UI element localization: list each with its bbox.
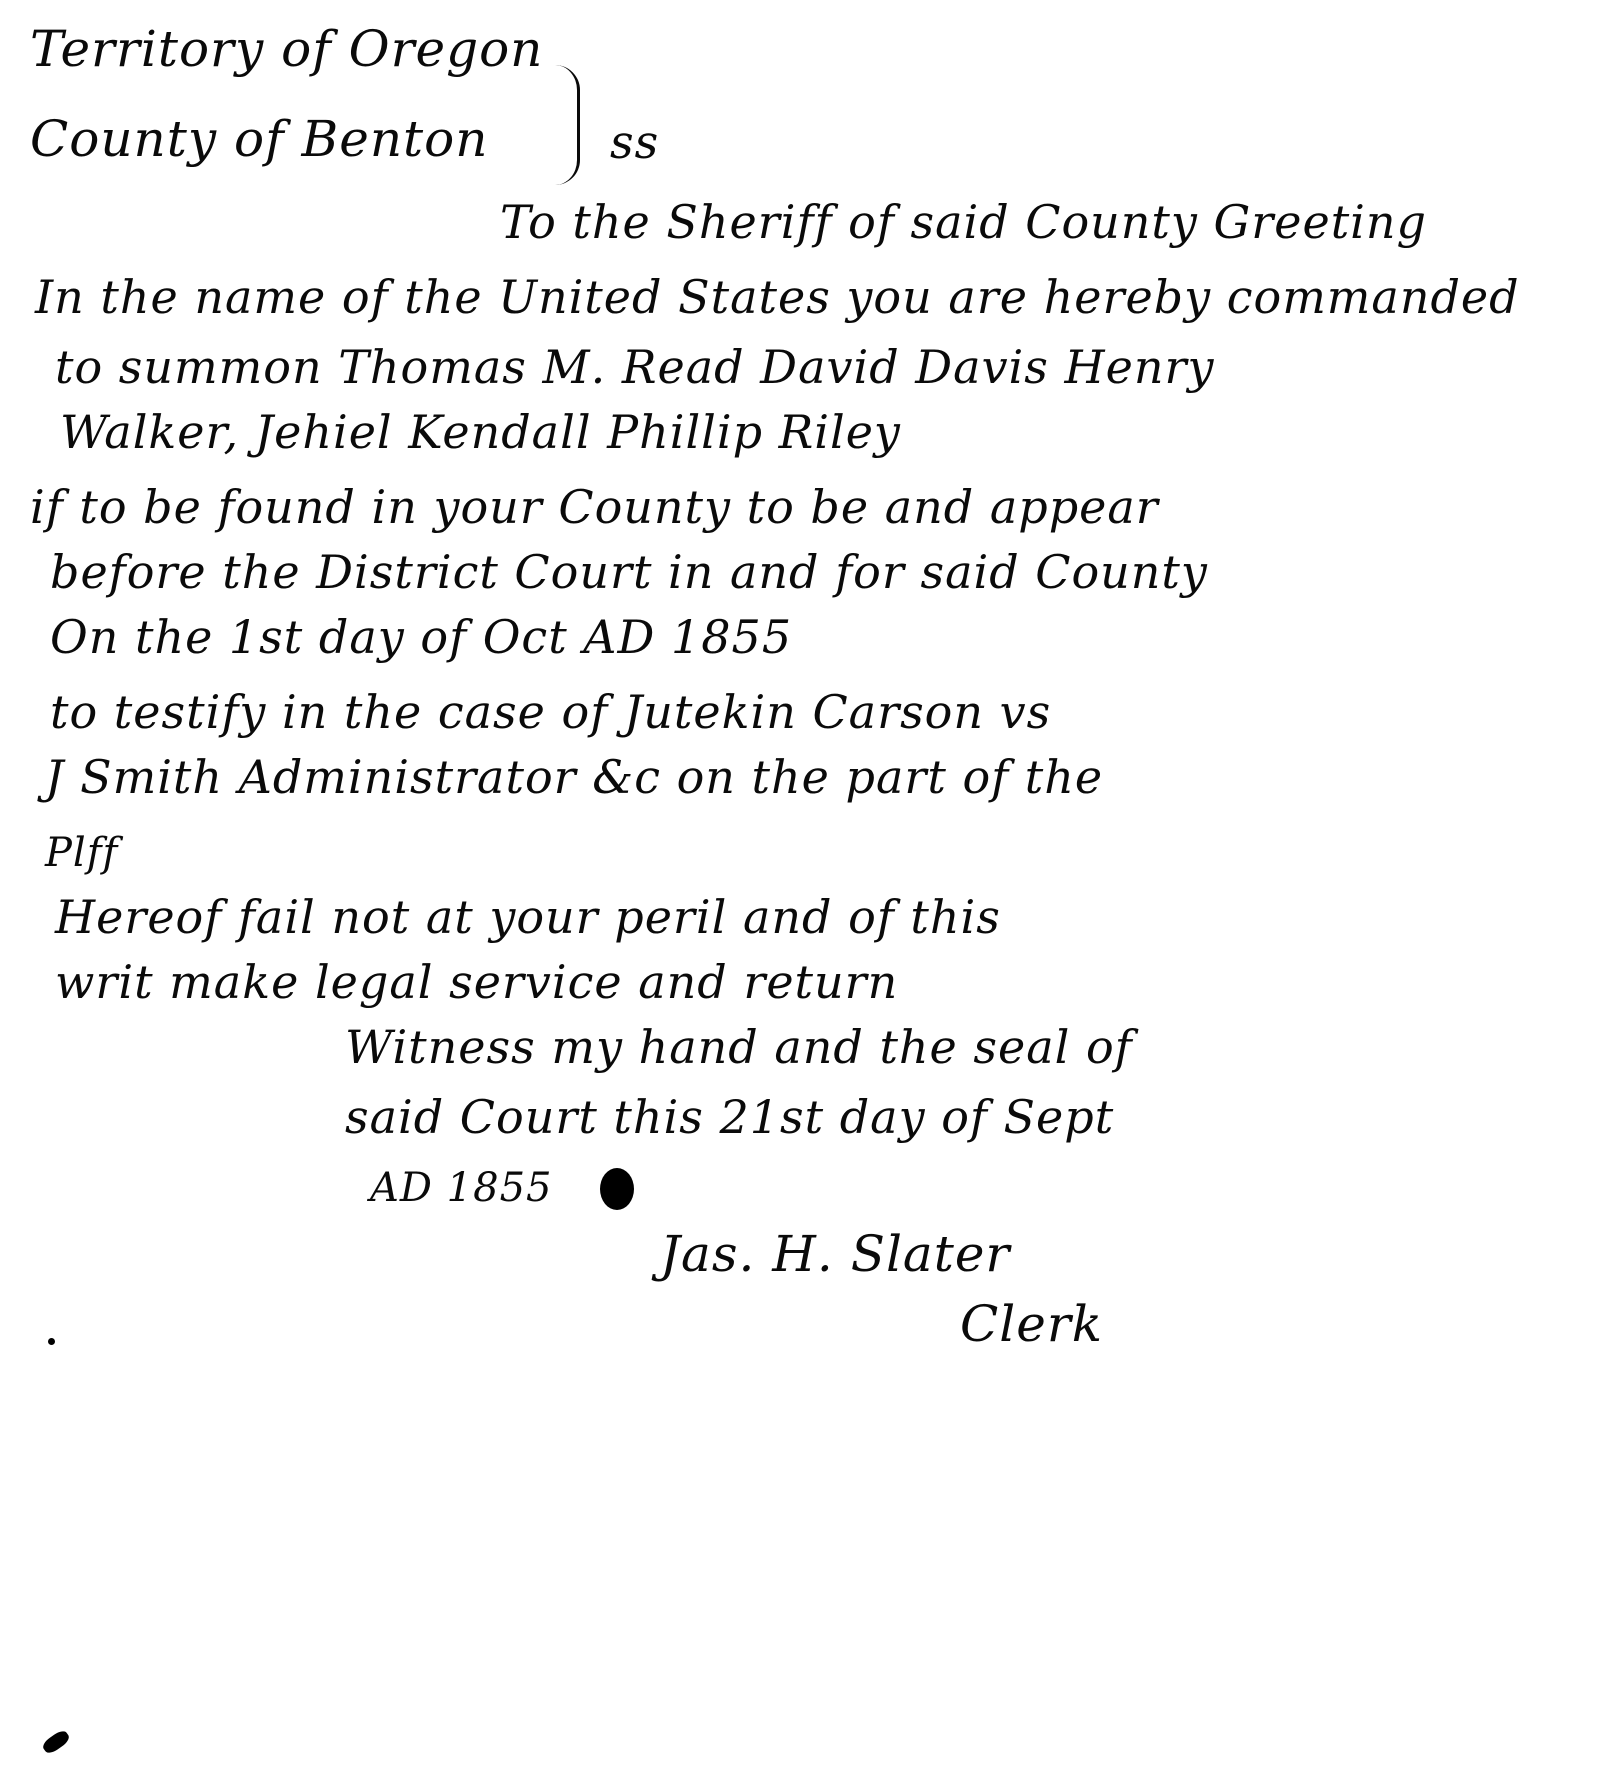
signature-name: Jas. H. Slater (660, 1225, 1010, 1283)
attestation-line-2: said Court this 21st day of Sept (345, 1090, 1114, 1144)
ink-speck (48, 1338, 55, 1345)
body-line-3: Walker, Jehiel Kendall Phillip Riley (60, 405, 901, 459)
body-line-9-plff: Plff (45, 830, 118, 876)
body-line-4: if to be found in your County to be and … (30, 480, 1159, 534)
header-ss: ss (610, 115, 659, 169)
attestation-line-3: AD 1855 (370, 1165, 552, 1211)
body-line-10: Hereof fail not at your peril and of thi… (55, 890, 1001, 944)
body-line-6: On the 1st day of Oct AD 1855 (50, 610, 792, 664)
salutation: To the Sheriff of said County Greeting (500, 195, 1427, 249)
body-line-11: writ make legal service and return (55, 955, 898, 1009)
signature-title: Clerk (960, 1295, 1103, 1353)
body-line-8: J Smith Administrator &c on the part of … (45, 750, 1103, 804)
body-line-7: to testify in the case of Jutekin Carson… (50, 685, 1051, 739)
header-county: County of Benton (30, 110, 488, 168)
body-line-1: In the name of the United States you are… (35, 270, 1520, 324)
header-territory: Territory of Oregon (30, 20, 543, 78)
body-line-5: before the District Court in and for sai… (50, 545, 1208, 599)
attestation-line-1: Witness my hand and the seal of (345, 1020, 1133, 1074)
document-page: Territory of Oregon County of Benton ss … (0, 0, 1600, 1778)
header-brace (555, 65, 580, 185)
ink-smudge (41, 1728, 72, 1756)
body-line-2: to summon Thomas M. Read David Davis Hen… (55, 340, 1214, 394)
ink-blot (600, 1168, 634, 1210)
